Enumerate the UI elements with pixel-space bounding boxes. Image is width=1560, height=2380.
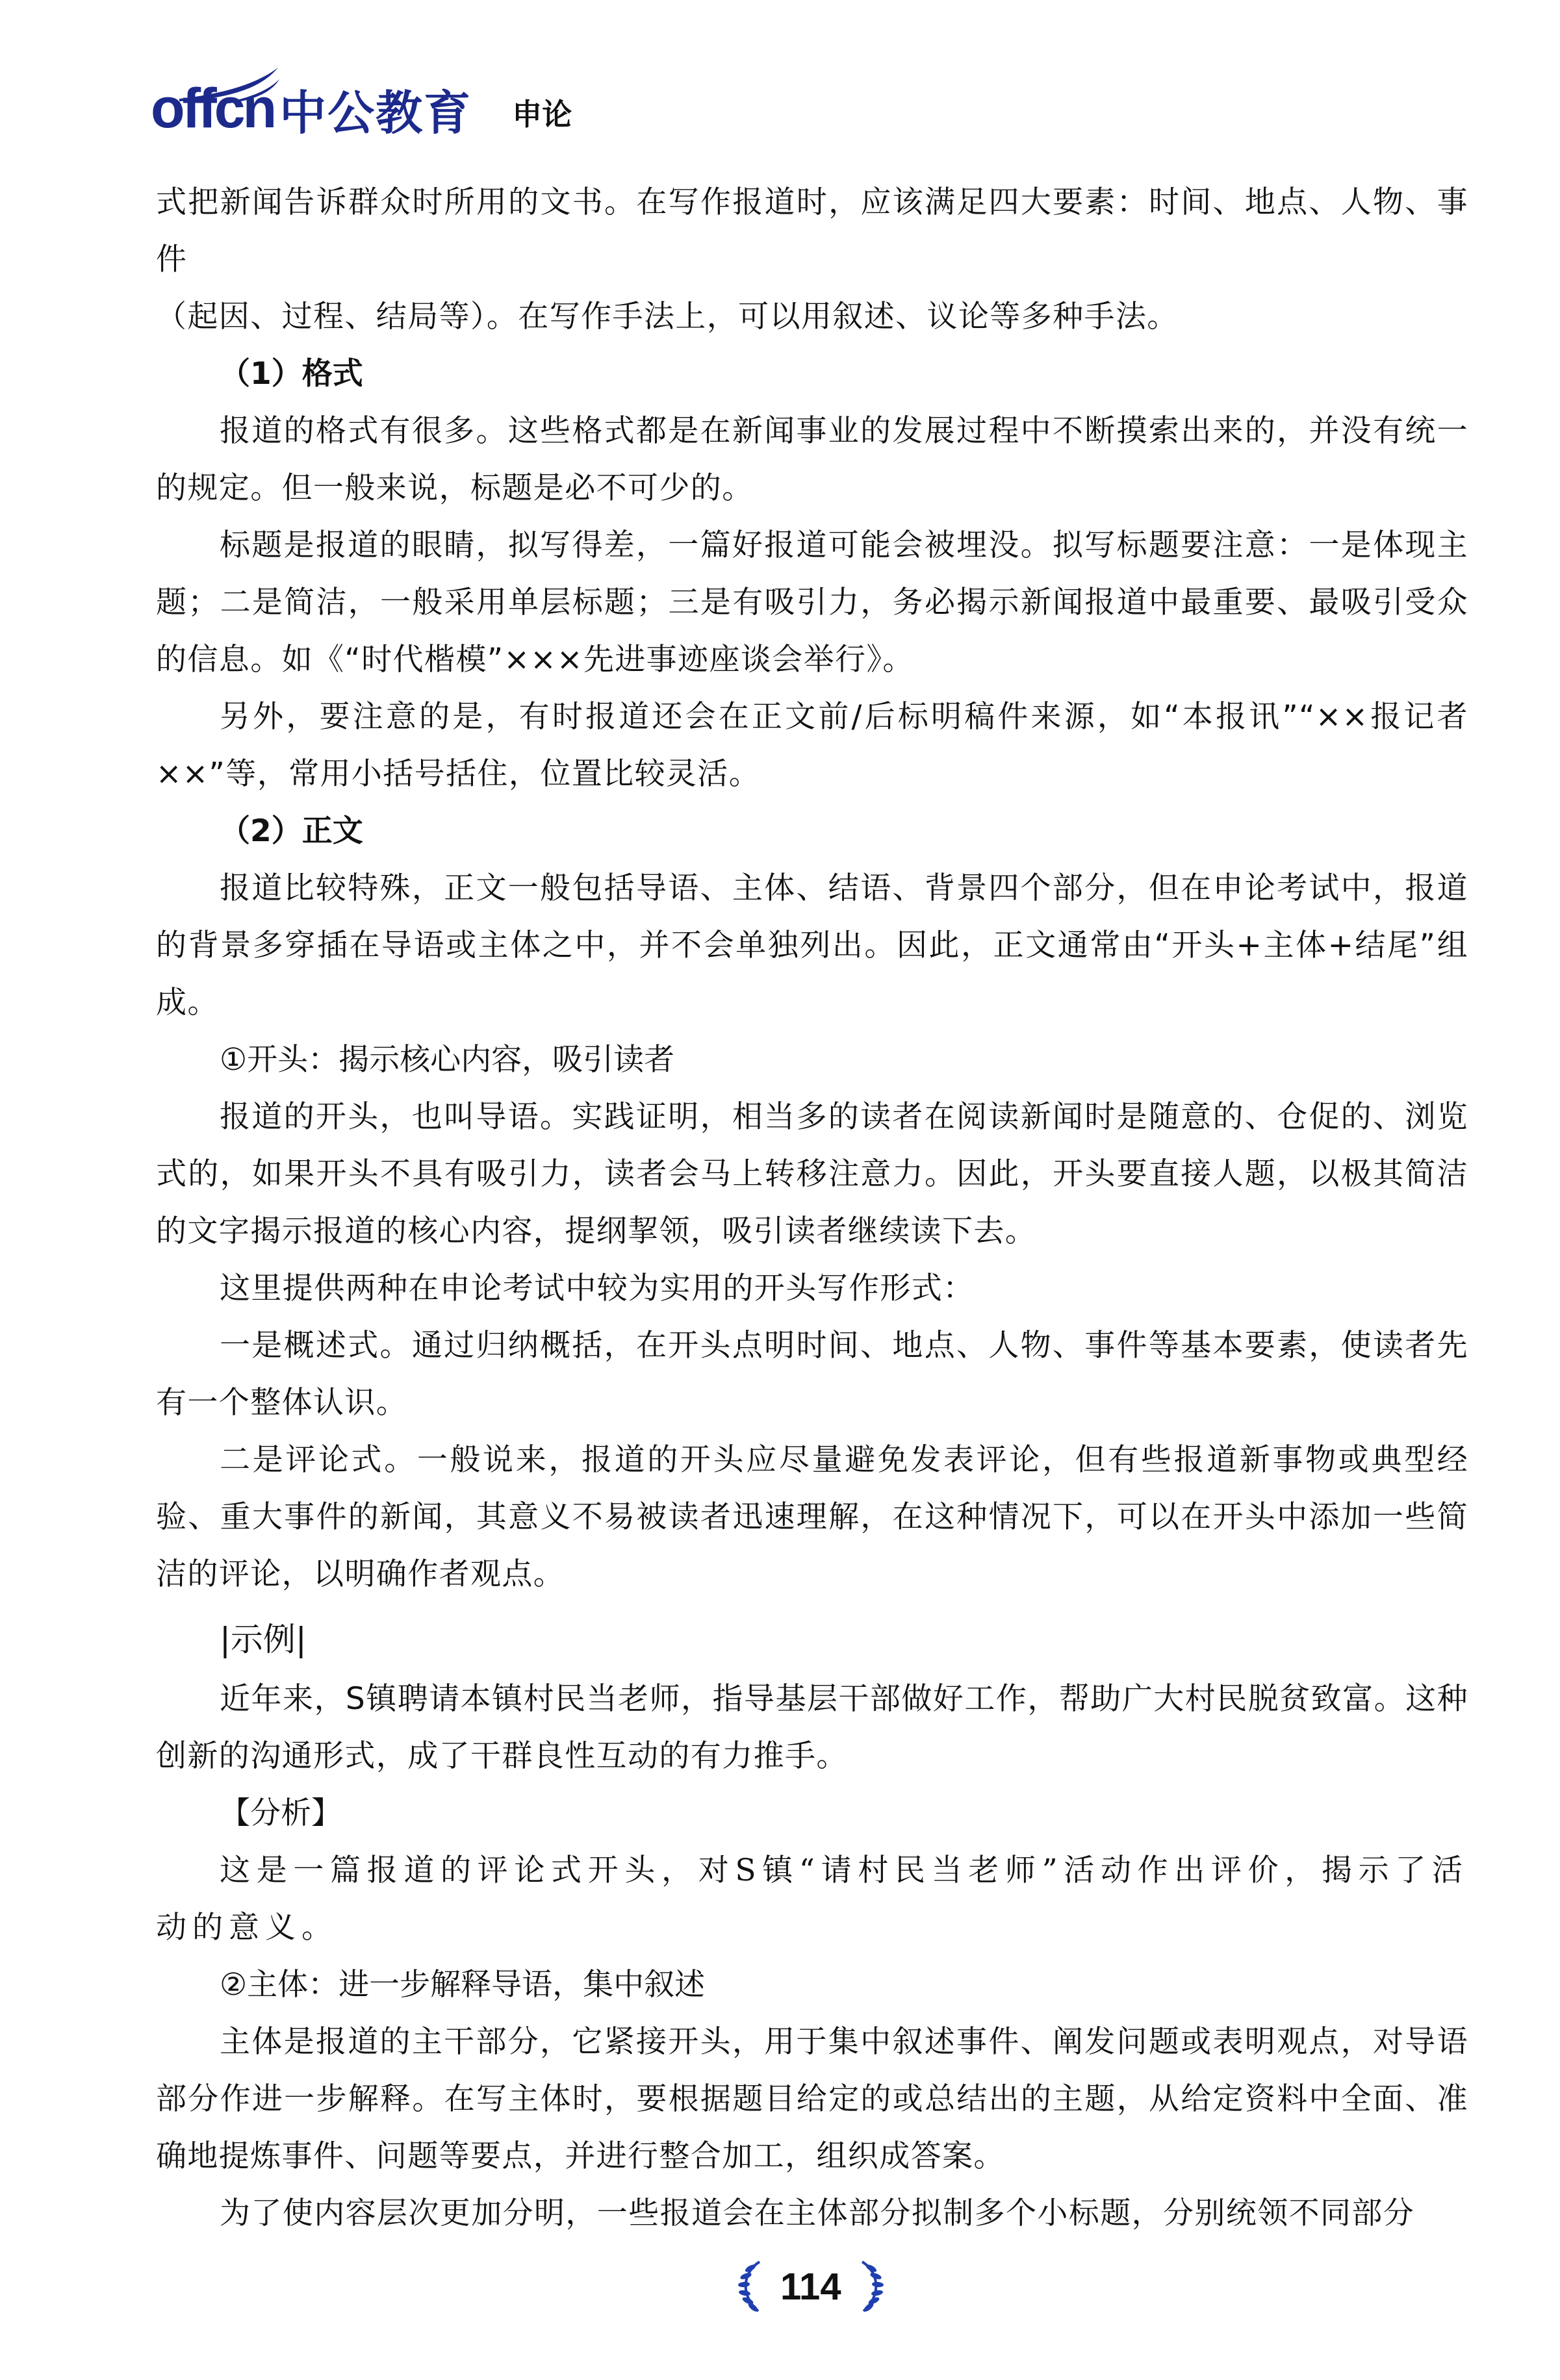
intro-line-2: （起因、过程、结局等）。在写作手法上，可以用叙述、议论等多种手法。 xyxy=(156,288,1468,346)
offcn-logo: offcn 中公教育 xyxy=(151,81,472,136)
subheading-main-body: ②主体：进一步解释导语，集中叙述 xyxy=(156,1956,1468,2014)
subject-label: 申论 xyxy=(512,91,572,134)
analysis-text: 这是一篇报道的评论式开头，对S镇“请村民当老师”活动作出评价，揭示了活动的意义。 xyxy=(156,1842,1468,1956)
paragraph: 报道的开头，也叫导语。实践证明，相当多的读者在阅读新闻时是随意的、仓促的、浏览式… xyxy=(156,1089,1468,1260)
laurel-left-icon xyxy=(736,2259,766,2314)
paragraph: 这里提供两种在申论考试中较为实用的开头写作形式： xyxy=(156,1260,1468,1317)
paragraph: 报道的格式有很多。这些格式都是在新闻事业的发展过程中不断摸索出来的，并没有统一的… xyxy=(156,403,1468,517)
paragraph: 标题是报道的眼睛，拟写得差，一篇好报道可能会被埋没。拟写标题要注意：一是体现主题… xyxy=(156,517,1468,689)
analysis-label: 【分析】 xyxy=(156,1785,1468,1842)
section-heading-format: （1）格式 xyxy=(156,346,1468,403)
section-heading-body: （2）正文 xyxy=(156,803,1468,860)
paragraph: 报道比较特殊，正文一般包括导语、主体、结语、背景四个部分，但在申论考试中，报道的… xyxy=(156,860,1468,1032)
subheading-opening: ①开头：揭示核心内容，吸引读者 xyxy=(156,1032,1468,1089)
page-body: 式把新闻告诉群众时所用的文书。在写作报道时，应该满足四大要素：时间、地点、人物、… xyxy=(156,174,1468,2242)
paragraph: 二是评论式。一般说来，报道的开头应尽量避免发表评论，但有些报道新事物或典型经验、… xyxy=(156,1432,1468,1603)
paragraph: 一是概述式。通过归纳概括，在开头点明时间、地点、人物、事件等基本要素，使读者先有… xyxy=(156,1317,1468,1432)
swoosh-icon xyxy=(177,66,281,105)
example-text: 近年来，S镇聘请本镇村民当老师，指导基层干部做好工作，帮助广大村民脱贫致富。这种… xyxy=(156,1671,1468,1785)
paragraph: 主体是报道的主干部分，它紧接开头，用于集中叙述事件、阐发问题或表明观点，对导语部… xyxy=(156,2014,1468,2185)
example-label: |示例| xyxy=(156,1608,1468,1671)
intro-line-1: 式把新闻告诉群众时所用的文书。在写作报道时，应该满足四大要素：时间、地点、人物、… xyxy=(156,174,1468,288)
laurel-right-icon xyxy=(856,2259,886,2314)
page-header: offcn 中公教育 申论 xyxy=(151,65,572,136)
logo-wordmark: offcn xyxy=(151,81,274,136)
paragraph: 为了使内容层次更加分明，一些报道会在主体部分拟制多个小标题，分别统领不同部分 xyxy=(156,2185,1468,2242)
page-number: 114 xyxy=(780,2265,841,2309)
page-footer: 114 xyxy=(736,2259,886,2314)
logo-cn-text: 中公教育 xyxy=(279,90,472,136)
paragraph: 另外，要注意的是，有时报道还会在正文前/后标明稿件来源，如“本报讯”“××报记者… xyxy=(156,689,1468,803)
